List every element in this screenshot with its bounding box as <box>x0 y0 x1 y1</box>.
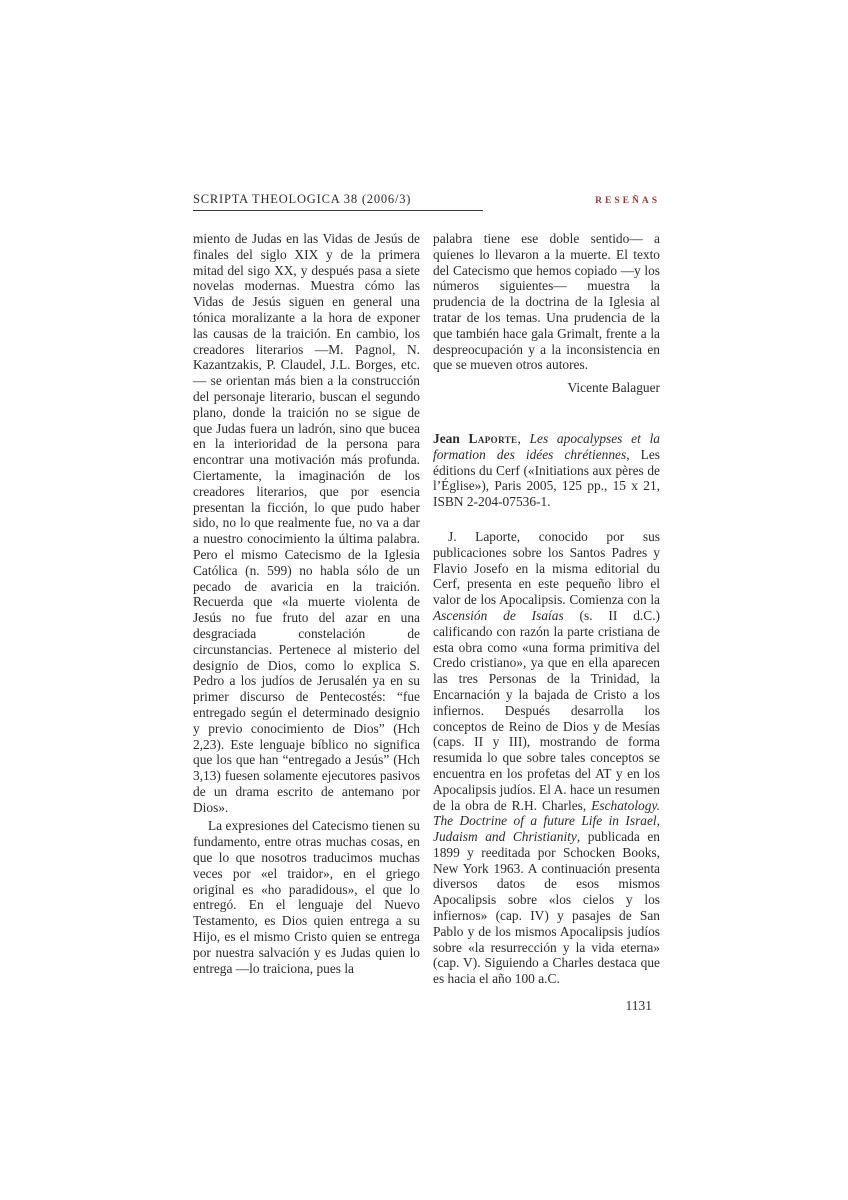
left-column: miento de Judas en las Vidas de Jesús de… <box>193 231 420 987</box>
header-rule <box>193 210 483 211</box>
paragraph: miento de Judas en las Vidas de Jesús de… <box>193 231 420 815</box>
journal-title: SCRIPTA THEOLOGICA 38 (2006/3) <box>193 192 411 207</box>
page-number: 1131 <box>626 998 653 1014</box>
text-run: palabra tiene ese doble sentido— a quien… <box>433 231 660 372</box>
text-run: Laporte <box>469 431 518 446</box>
journal-page: SCRIPTA THEOLOGICA 38 (2006/3) RESEÑAS m… <box>0 0 848 1200</box>
text-run: (s. II d.C.) calificando con razón la pa… <box>433 608 660 813</box>
text-run: J. Laporte, conocido por sus publicacion… <box>433 529 660 607</box>
text-run: , <box>517 431 529 446</box>
text-run: Vicente Balaguer <box>567 380 660 395</box>
text-columns: miento de Judas en las Vidas de Jesús de… <box>193 231 660 987</box>
section-label: RESEÑAS <box>595 196 660 206</box>
text-run: Ascensión de Isaías <box>433 608 564 623</box>
paragraph: La expresiones del Catecismo tienen su f… <box>193 818 420 976</box>
text-run: , publicada en 1899 y reeditada por Scho… <box>433 829 660 986</box>
paragraph: palabra tiene ese doble sentido— a quien… <box>433 231 660 373</box>
reviewer-signature: Vicente Balaguer <box>433 380 660 396</box>
text-run: Jean <box>433 431 469 446</box>
review-heading: Jean Laporte, Les apocalypses et la form… <box>433 431 660 510</box>
paragraph: J. Laporte, conocido por sus publicacion… <box>433 529 660 987</box>
page-header: SCRIPTA THEOLOGICA 38 (2006/3) RESEÑAS <box>193 192 660 207</box>
text-run: miento de Judas en las Vidas de Jesús de… <box>193 231 420 815</box>
right-column: palabra tiene ese doble sentido— a quien… <box>433 231 660 987</box>
text-run: La expresiones del Catecismo tienen su f… <box>193 818 420 975</box>
